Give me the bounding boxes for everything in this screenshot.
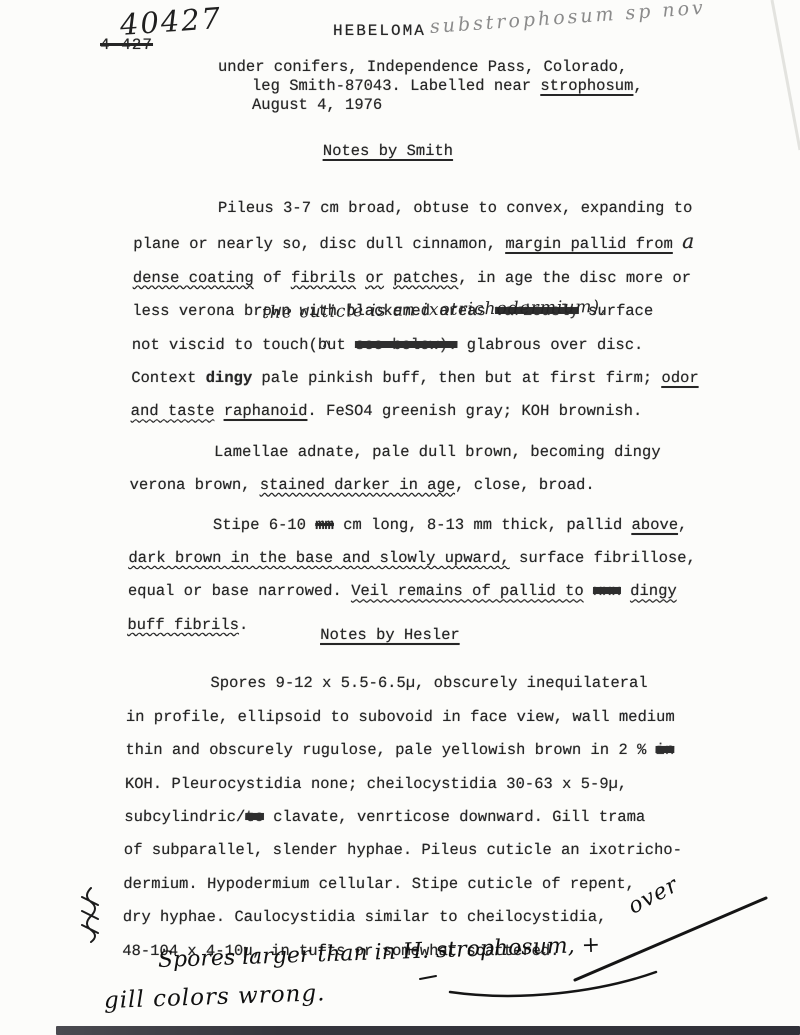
text-segment: to xyxy=(245,808,264,826)
text-segment: subcylindric/ xyxy=(124,808,245,826)
typed-line: subcylindric/to clavate, venrticose down… xyxy=(124,801,765,834)
scan-edge-bar xyxy=(56,1026,800,1035)
text-segment: , in age the disc more or xyxy=(458,269,691,287)
text-segment: raphanoid xyxy=(224,402,308,420)
text-segment: August 4, 1976 xyxy=(252,96,382,114)
text-segment: dry hyphae. Caulocystidia similar to che… xyxy=(123,908,607,926)
typed-line: in profile, ellipsoid to subovoid in fac… xyxy=(126,701,767,734)
text-segment: and taste xyxy=(131,402,215,420)
accession-number-handwritten: 40427 xyxy=(119,1,223,42)
location-line: August 4, 1976 xyxy=(218,96,643,115)
text-segment: Notes by Smith xyxy=(323,142,454,160)
notes-by-smith-heading: Notes by Smith xyxy=(135,140,775,162)
location-line: leg Smith-87043. Labelled near strophosu… xyxy=(218,77,643,96)
text-segment: xxx xyxy=(593,582,621,600)
typed-line: KOH. Pleurocystidia none; cheilocystidia… xyxy=(125,768,766,801)
text-segment: buff fibrils xyxy=(127,616,239,634)
typed-line: and taste raphanoid. FeSO4 greenish gray… xyxy=(130,395,771,428)
typed-line: thin and obscurely rugulose, pale yellow… xyxy=(125,734,766,767)
text-segment xyxy=(384,269,394,287)
text-segment: . FeSO4 greenish gray; KOH brownish. xyxy=(307,402,642,420)
text-segment xyxy=(214,402,224,420)
typed-line: Stipe 6-10 mm cm long, 8-13 mm thick, pa… xyxy=(129,509,770,542)
text-segment: Veil remains of pallid to xyxy=(351,582,584,600)
hesler-micro-paragraph: Spores 9-12 x 5.5-6.5µ, obscurely inequi… xyxy=(122,667,767,968)
text-segment: in xyxy=(655,741,674,759)
text-segment: under conifers, Independence Pass, Color… xyxy=(218,58,627,76)
text-segment: Spores 9-12 x 5.5-6.5µ, obscurely inequi… xyxy=(210,674,647,692)
text-segment: pale pinkish buff, then but at first fir… xyxy=(252,369,662,387)
text-segment: stained darker in age xyxy=(260,476,456,494)
text-segment: Context xyxy=(131,369,206,387)
text-segment: Stipe 6-10 xyxy=(213,516,316,534)
text-segment: KOH. Pleurocystidia none; cheilocystidia… xyxy=(125,775,628,793)
text-segment: dense coating xyxy=(133,269,254,287)
text-segment xyxy=(584,582,594,600)
text-segment: in profile, ellipsoid to subovoid in fac… xyxy=(126,708,675,726)
text-segment: Notes by Hesler xyxy=(320,626,460,644)
text-segment: odor xyxy=(661,369,699,387)
typed-line: verona brown, stained darker in age, clo… xyxy=(129,469,770,502)
text-segment: see below). xyxy=(355,336,458,354)
text-segment: mm xyxy=(315,516,334,534)
lamellae-paragraph: Lamellae adnate, pale dull brown, becomi… xyxy=(129,436,770,503)
text-segment: above xyxy=(631,516,678,534)
location-block: under conifers, Independence Pass, Color… xyxy=(218,58,643,114)
typed-document: Notes by SmithPileus 3-7 cm broad, obtus… xyxy=(122,140,775,968)
text-segment xyxy=(356,269,366,287)
typed-line: Spores 9-12 x 5.5-6.5µ, obscurely inequi… xyxy=(126,667,767,700)
typed-line: Lamellae adnate, pale dull brown, becomi… xyxy=(130,436,771,469)
text-segment: dingy xyxy=(206,369,253,387)
text-segment: glabrous over disc. xyxy=(457,336,643,354)
text-segment xyxy=(673,235,683,253)
text-segment: . xyxy=(239,616,249,634)
h-underline-mark xyxy=(420,976,436,979)
typed-line: not viscid to touch(but see below). glab… xyxy=(132,329,773,362)
text-segment: equal or base narrowed. xyxy=(128,582,352,600)
typed-line: Context dingy pale pinkish buff, then bu… xyxy=(131,362,772,395)
text-segment: leg Smith-87043. Labelled near xyxy=(252,77,540,95)
location-line: under conifers, Independence Pass, Color… xyxy=(218,58,643,77)
scanned-document-page: HEBELOMA 4-427 under conifers, Independe… xyxy=(0,0,800,1035)
typed-line: of subparallel, slender hyphae. Pileus c… xyxy=(124,834,765,867)
text-segment: margin pallid from xyxy=(505,235,673,253)
typed-line: plane or nearly so, disc dull cinnamon, … xyxy=(133,225,774,261)
text-segment: Lamellae adnate, pale dull brown, becomi… xyxy=(214,443,661,461)
text-segment: of xyxy=(254,269,292,287)
text-segment: patches xyxy=(393,269,458,287)
text-segment: Pileus 3-7 cm broad, obtuse to convex, e… xyxy=(218,199,693,217)
text-segment: , close, broad. xyxy=(455,476,595,494)
strophosum-underline-swoosh xyxy=(450,972,656,996)
scan-crease-line xyxy=(772,0,800,150)
gill-note-handwritten: gill colors wrong. xyxy=(104,980,326,1014)
text-segment: plane or nearly so, disc dull cinnamon, xyxy=(133,235,505,253)
typed-line: Pileus 3-7 cm broad, obtuse to convex, e… xyxy=(134,192,775,225)
text-segment: dingy xyxy=(630,582,677,600)
genus-title: HEBELOMA xyxy=(333,22,426,40)
typed-line: dry hyphae. Caulocystidia similar to che… xyxy=(123,901,764,934)
text-segment: verona brown, xyxy=(129,476,260,494)
text-segment: clavate, venrticose downward. Gill trama xyxy=(264,808,646,826)
stipe-paragraph: Stipe 6-10 mm cm long, 8-13 mm thick, pa… xyxy=(127,509,769,643)
text-segment: cm long, 8-13 mm thick, pallid xyxy=(334,516,632,534)
text-segment: or xyxy=(365,269,384,287)
text-segment: dark brown in the base and slowly upward… xyxy=(128,549,510,567)
margin-scribble-mark xyxy=(82,888,98,942)
text-segment: surface fibrillose, xyxy=(510,549,696,567)
text-segment: a xyxy=(682,229,694,253)
text-segment: , xyxy=(678,516,688,534)
typed-line: dark brown in the base and slowly upward… xyxy=(128,542,769,575)
species-annotation-handwritten: substrophosum sp nov xyxy=(429,0,706,38)
text-segment: , xyxy=(633,77,642,95)
text-segment: thin and obscurely rugulose, pale yellow… xyxy=(125,741,655,759)
text-segment: fibrils xyxy=(291,269,356,287)
text-segment: strophosum xyxy=(540,77,633,95)
typed-line: dense coating of fibrils or patches, in … xyxy=(133,262,774,295)
text-segment: of subparallel, slender hyphae. Pileus c… xyxy=(124,841,682,859)
insertion-caret: ^ xyxy=(322,338,331,355)
typed-line: equal or base narrowed. Veil remains of … xyxy=(128,575,769,608)
text-segment: dermium. Hypodermium cellular. Stipe cut… xyxy=(123,875,635,893)
